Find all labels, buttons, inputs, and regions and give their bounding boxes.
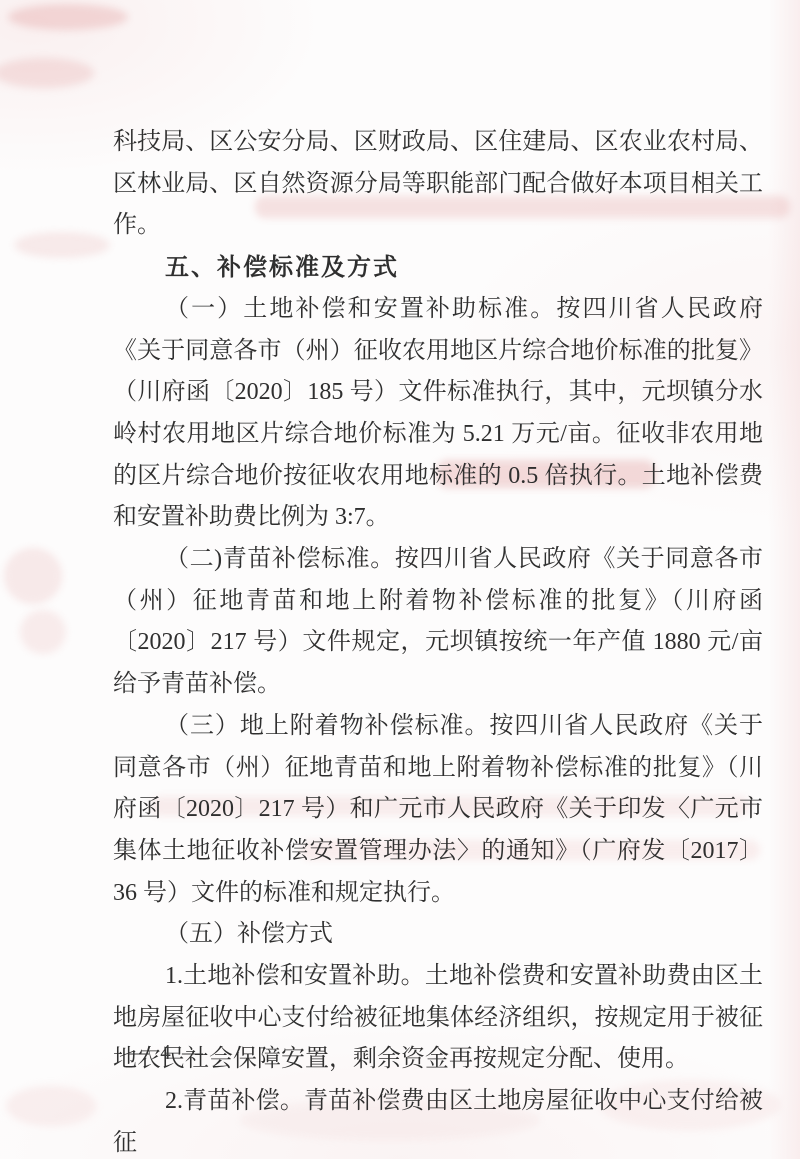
paragraph-ground-attachments-standard: （三）地上附着物补偿标准。按四川省人民政府《关于同意各市（州）征地青苗和地上附着… bbox=[113, 706, 763, 915]
paragraph-departments-continuation: 科技局、区公安分局、区财政局、区住建局、区农业农村局、区林业局、区自然资源分局等… bbox=[113, 122, 763, 247]
bleed-through-smudge bbox=[14, 232, 110, 258]
paragraph-seedling-compensation-payment: 2.青苗补偿。青苗补偿费由区土地房屋征收中心支付给被征 bbox=[113, 1081, 763, 1159]
bleed-through-smudge bbox=[8, 4, 128, 30]
bleed-through-smudge bbox=[0, 58, 94, 88]
section-heading-compensation-standards: 五、补偿标准及方式 bbox=[113, 247, 763, 289]
bleed-through-smudge bbox=[6, 1086, 96, 1126]
bleed-through-smudge bbox=[4, 548, 62, 604]
scanned-document-page: 科技局、区公安分局、区财政局、区住建局、区农业农村局、区林业局、区自然资源分局等… bbox=[0, 0, 800, 1159]
sub-heading-compensation-method: （五）补偿方式 bbox=[113, 914, 763, 956]
paragraph-land-compensation-payment: 1.土地补偿和安置补助。土地补偿费和安置补助费由区土地房屋征收中心支付给被征地集… bbox=[113, 956, 763, 1081]
document-body: 科技局、区公安分局、区财政局、区住建局、区农业农村局、区林业局、区自然资源分局等… bbox=[113, 122, 763, 1159]
paragraph-seedling-compensation-standard: （二)青苗补偿标准。按四川省人民政府《关于同意各市（州）征地青苗和地上附着物补偿… bbox=[113, 539, 763, 706]
bleed-through-smudge bbox=[20, 610, 66, 654]
page-number: — 4 — bbox=[128, 1040, 206, 1065]
paragraph-land-compensation-standard: （一）土地补偿和安置补助标准。按四川省人民政府《关于同意各市（州）征收农用地区片… bbox=[113, 289, 763, 539]
